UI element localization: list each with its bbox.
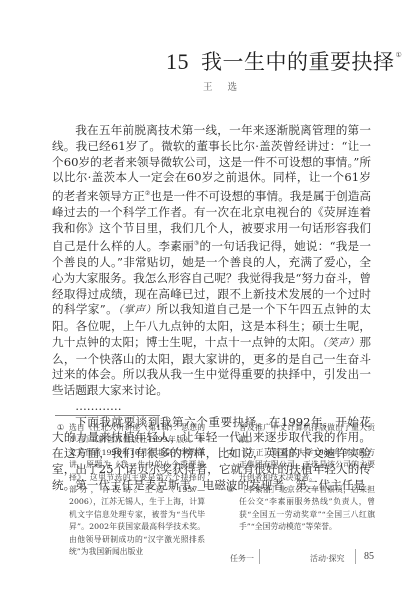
lesson-title: 15我一生中的重要抉择① [166, 46, 402, 76]
footer-divider [355, 549, 356, 564]
footnotes: ① 选自《在北大听讲座（第1辑）：思想的声音》（新世界出版社1999年版）。本文… [57, 422, 375, 558]
stage-direction-applause: （掌声） [118, 304, 156, 316]
footnote-column-right: 普及推广中文计算机排版做出了重大贡献。 ② ［方正］指北京大学1986年创办的方… [227, 422, 375, 558]
page-footer: 任务一 活动·探究 85 [0, 548, 415, 568]
footnote-text: 选自《在北大听讲座（第1辑）：思想的声音》（新世界出版社1999年版）。本文是作… [69, 422, 205, 558]
footnote-column-left: ① 选自《在北大听讲座（第1辑）：思想的声音》（新世界出版社1999年版）。本文… [57, 422, 205, 558]
footnote-mark: ① [57, 422, 69, 558]
footnote-divider [55, 415, 160, 416]
title-footnote-mark[interactable]: ① [396, 51, 403, 59]
paragraph-1: 我在五年前脱离技术第一线，一年来逐渐脱离管理的第一线。我已经61岁了。微软的董事… [52, 123, 371, 399]
footnote-text: ［李素丽］北京公交车售票员，后来担任公交“李素丽服务热线”负责人，曾获“全国五一… [239, 484, 375, 534]
footnote-2: ② ［方正］指北京大学1986年创办的方正集团有限公司。王选是该公司的主要开创者… [227, 447, 375, 484]
footnote-3: ③ ［李素丽］北京公交车售票员，后来担任公交“李素丽服务热线”负责人，曾获“全国… [227, 484, 375, 534]
footnote-mark: ③ [227, 484, 239, 534]
footnote-mark: ② [227, 447, 239, 484]
page-number: 85 [364, 551, 374, 562]
footer-section: 活动·探究 [310, 553, 345, 564]
title-text: 我一生中的重要抉择 [201, 50, 395, 74]
footer-divider [259, 549, 260, 564]
footer-unit: 任务一 [230, 553, 254, 564]
footnote-text: ［方正］指北京大学1986年创办的方正集团有限公司。王选是该公司的主要开创者和技… [239, 447, 375, 484]
omission-ellipsis: ………… [52, 399, 371, 415]
author: 王 选 [203, 79, 243, 93]
lesson-number: 15 [166, 49, 189, 74]
stage-direction-laughter: （笑声） [322, 337, 359, 349]
footnote-1-continuation: 普及推广中文计算机排版做出了重大贡献。 [227, 422, 375, 447]
footnote-1: ① 选自《在北大听讲座（第1辑）：思想的声音》（新世界出版社1999年版）。本文… [57, 422, 205, 558]
